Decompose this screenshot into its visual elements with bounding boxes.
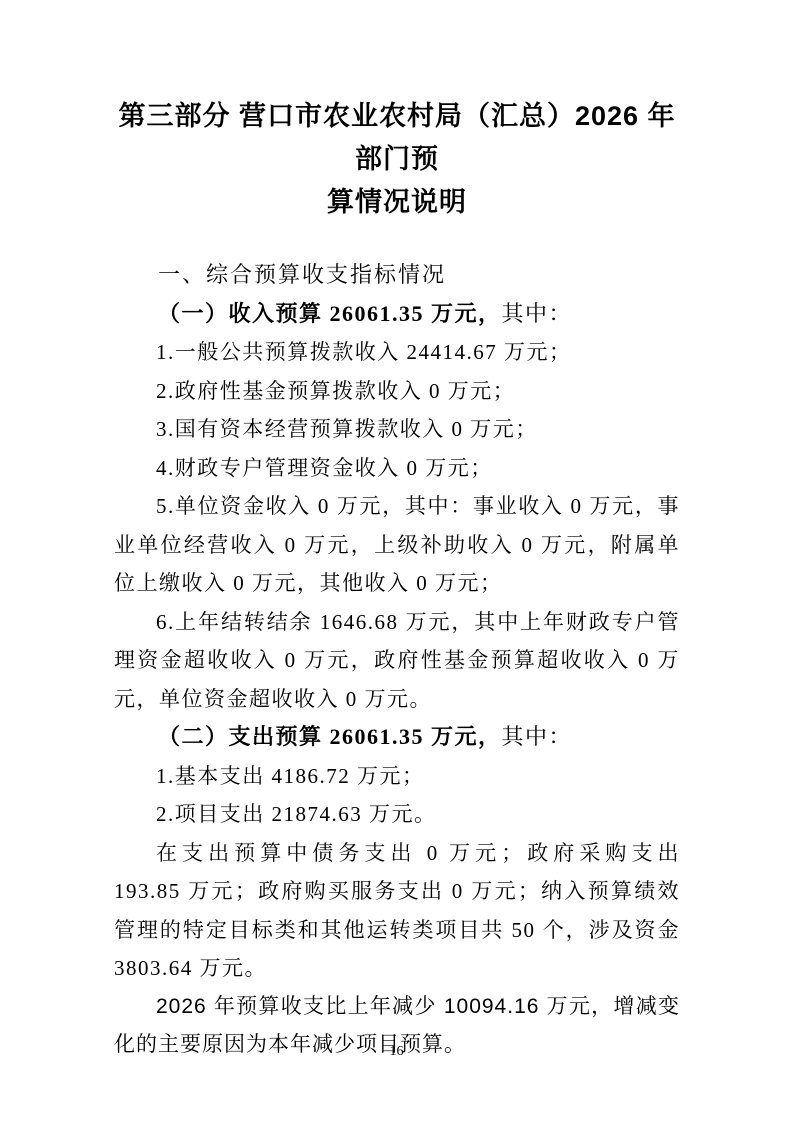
income-item-state-capital-budget: 3.国有资本经营预算拨款收入 0 万元； (114, 410, 680, 449)
expense-item-basic: 1.基本支出 4186.72 万元； (114, 757, 680, 796)
page-number: 16 (0, 1044, 793, 1060)
expense-procurement-note: 在支出预算中债务支出 0 万元；政府采购支出 193.85 万元；政府购买服务支… (114, 834, 680, 988)
income-item-carryover-balance: 6.上年结转结余 1646.68 万元，其中上年财政专户管理资金超收收入 0 万… (114, 603, 680, 719)
income-budget-subheading-rest: 其中： (502, 301, 573, 326)
expense-budget-subheading-bold: （二）支出预算 26061.35 万元， (158, 724, 502, 749)
income-item-unit-funds: 5.单位资金收入 0 万元，其中：事业收入 0 万元，事业单位经营收入 0 万元… (114, 487, 680, 603)
document-title: 第三部分 营口市农业农村局（汇总）2026 年部门预 算情况说明 (114, 95, 680, 224)
income-item-general-public-budget: 1.一般公共预算拨款收入 24414.67 万元； (114, 333, 680, 372)
document-title-line-2: 算情况说明 (114, 181, 680, 224)
document-page: 第三部分 营口市农业农村局（汇总）2026 年部门预 算情况说明 一、综合预算收… (0, 0, 793, 1122)
section-heading-comprehensive-budget: 一、综合预算收支指标情况 (114, 256, 680, 295)
document-title-line-1: 第三部分 营口市农业农村局（汇总）2026 年部门预 (114, 95, 680, 181)
expense-budget-subheading: （二）支出预算 26061.35 万元，其中： (114, 718, 680, 757)
income-item-fiscal-special-account: 4.财政专户管理资金收入 0 万元； (114, 449, 680, 488)
income-budget-subheading: （一）收入预算 26061.35 万元，其中： (114, 295, 680, 334)
expense-budget-subheading-rest: 其中： (502, 724, 573, 749)
income-budget-subheading-bold: （一）收入预算 26061.35 万元， (158, 301, 502, 326)
expense-item-project: 2.项目支出 21874.63 万元。 (114, 795, 680, 834)
income-item-government-fund-budget: 2.政府性基金预算拨款收入 0 万元； (114, 372, 680, 411)
document-body: 一、综合预算收支指标情况 （一）收入预算 26061.35 万元，其中： 1.一… (114, 256, 680, 1065)
